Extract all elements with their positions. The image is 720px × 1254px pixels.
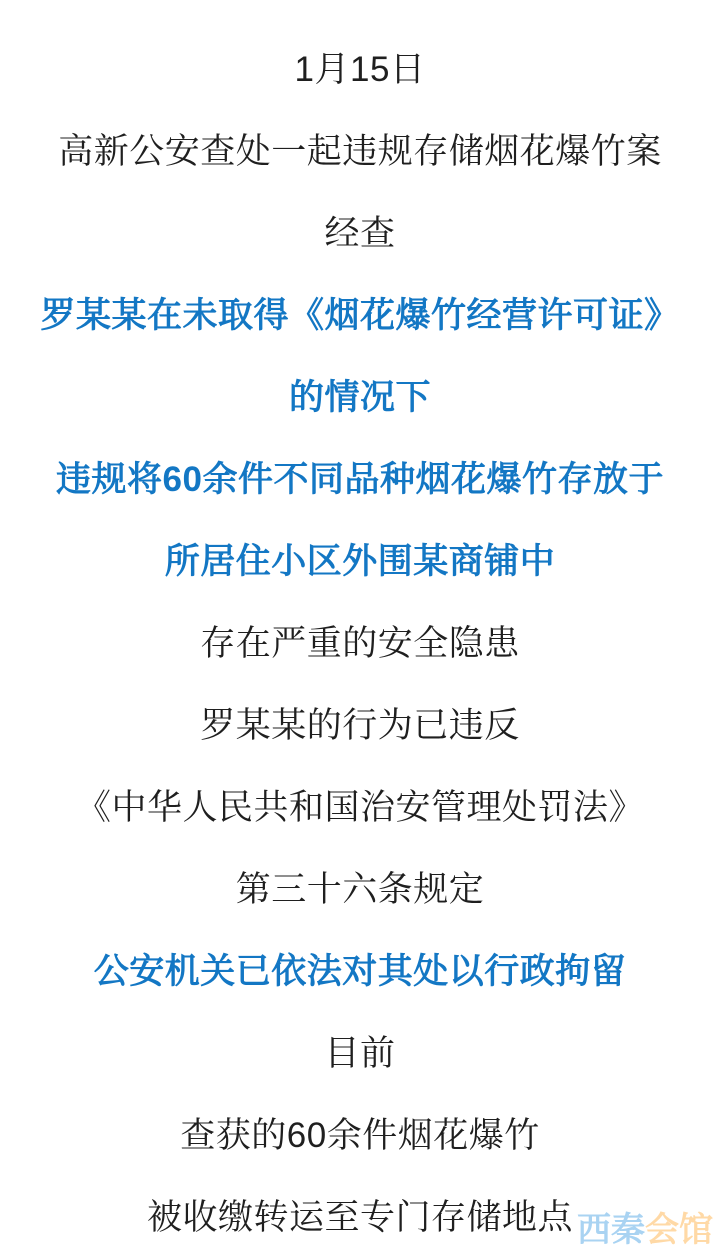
article-line: 公安机关已依法对其处以行政拘留 <box>0 931 720 1013</box>
article-line: 所居住小区外围某商铺中 <box>0 521 720 603</box>
article-line: 第三十六条规定 <box>0 849 720 931</box>
article-line: 罗某某在未取得《烟花爆竹经营许可证》 <box>0 275 720 357</box>
article-line: 查获的60余件烟花爆竹 <box>0 1095 720 1177</box>
article-line: 目前 <box>0 1013 720 1095</box>
article-line: 《中华人民共和国治安管理处罚法》 <box>0 767 720 849</box>
article-page: 1月15日高新公安查处一起违规存储烟花爆竹案经查罗某某在未取得《烟花爆竹经营许可… <box>0 0 720 1254</box>
article-line: 违规将60余件不同品种烟花爆竹存放于 <box>0 439 720 521</box>
article-line: 1月15日 <box>0 29 720 111</box>
article-line: 的情况下 <box>0 357 720 439</box>
article-line: 经查 <box>0 193 720 275</box>
article-line: 罗某某的行为已违反 <box>0 685 720 767</box>
article-line: 高新公安查处一起违规存储烟花爆竹案 <box>0 111 720 193</box>
article-line: 存在严重的安全隐患 <box>0 603 720 685</box>
article-line: 被收缴转运至专门存储地点 <box>0 1177 720 1254</box>
article-body: 1月15日高新公安查处一起违规存储烟花爆竹案经查罗某某在未取得《烟花爆竹经营许可… <box>0 0 720 1254</box>
